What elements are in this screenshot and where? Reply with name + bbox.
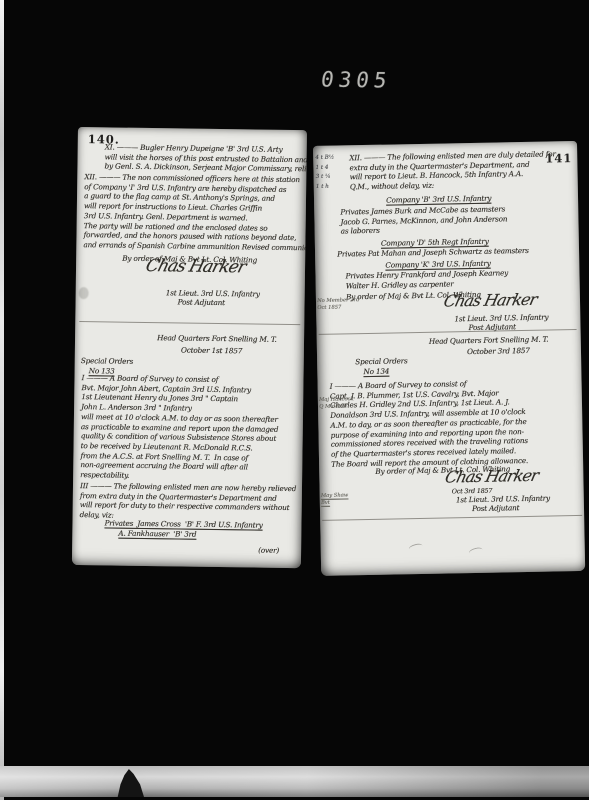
margin-note-low: Maj Hancock Q M detail (319, 396, 354, 410)
company-k-men: Privates Henry Frankford and Joseph Kear… (345, 267, 569, 291)
section-divider-rule (79, 321, 300, 325)
special-orders-number: No 134 (363, 367, 389, 377)
margin-pencil-tallies: 4 t B½ 1 t 4 3 t ¼ 1 t h (315, 154, 335, 193)
relieved-men-paragraph: III ——— The following enlisted men are n… (80, 481, 301, 523)
headquarters-line: Head Quarters Fort Snelling M. T. (157, 333, 277, 344)
order-paragraph-xi: XI. ——— Bugler Henry Dupeigne 'B' 3rd U.… (104, 142, 304, 174)
order-date-line: October 1st 1857 (181, 345, 242, 356)
margin-note-bottom: May Shaw Bvt (321, 492, 349, 506)
ledger-page-140: 140. XI. ——— Bugler Henry Dupeigne 'B' 3… (72, 127, 307, 568)
stray-pen-mark (408, 542, 423, 552)
adjutant-signature: Chas Harker (442, 290, 539, 311)
special-orders-header: Special Orders (355, 356, 407, 367)
company-b-men: Privates James Burk and McCabe as teamst… (340, 203, 573, 237)
margin-note-mid: No Member 3rd Oct 1857 (317, 297, 359, 311)
privates-name-line-2: A. Fankhauser 'B' 3rd (118, 529, 196, 540)
board-of-survey-paragraph: I ——— A Board of Survey to consist of Bv… (80, 373, 301, 483)
detail-paragraph-xii: XII. ——— The following enlisted men are … (349, 149, 574, 192)
bottom-divider-rule (322, 515, 582, 521)
company-b-header: Company 'B' 3rd U.S. Infantry (386, 194, 491, 206)
order-date-line: October 3rd 1857 (467, 346, 530, 357)
over-note: (over) (258, 546, 279, 556)
signature-title-line-2: Post Adjutant (472, 503, 519, 514)
adjutant-signature: Chas Harker (143, 256, 247, 277)
special-orders-header: Special Orders (81, 356, 133, 366)
margin-ink-smudge (79, 287, 89, 299)
stray-pen-mark (468, 546, 483, 556)
adjutant-signature-2: Chas Harker (443, 466, 540, 487)
frame-counter-stamp: 0305 (319, 67, 393, 92)
company-d-men: Privates Pat Mahan and Joseph Schwartz a… (337, 246, 529, 259)
headquarters-line: Head Quarters Fort Snelling M. T. (429, 335, 549, 347)
board-of-survey-paragraph: I ——— A Board of Survey to consist of Ca… (330, 377, 580, 469)
microfilm-scan: 0305 140. XI. ——— Bugler Henry Dupeigne … (0, 0, 589, 800)
order-paragraph-xii: XII. ——— The non commissioned officers h… (83, 172, 304, 253)
scanner-bed-strip (0, 766, 589, 797)
signature-title-line: Post Adjutant (177, 297, 224, 307)
scanner-edge-left (0, 0, 4, 800)
ledger-page-141: 141 4 t B½ 1 t 4 3 t ¼ 1 t h XII. ——— Th… (313, 141, 585, 576)
